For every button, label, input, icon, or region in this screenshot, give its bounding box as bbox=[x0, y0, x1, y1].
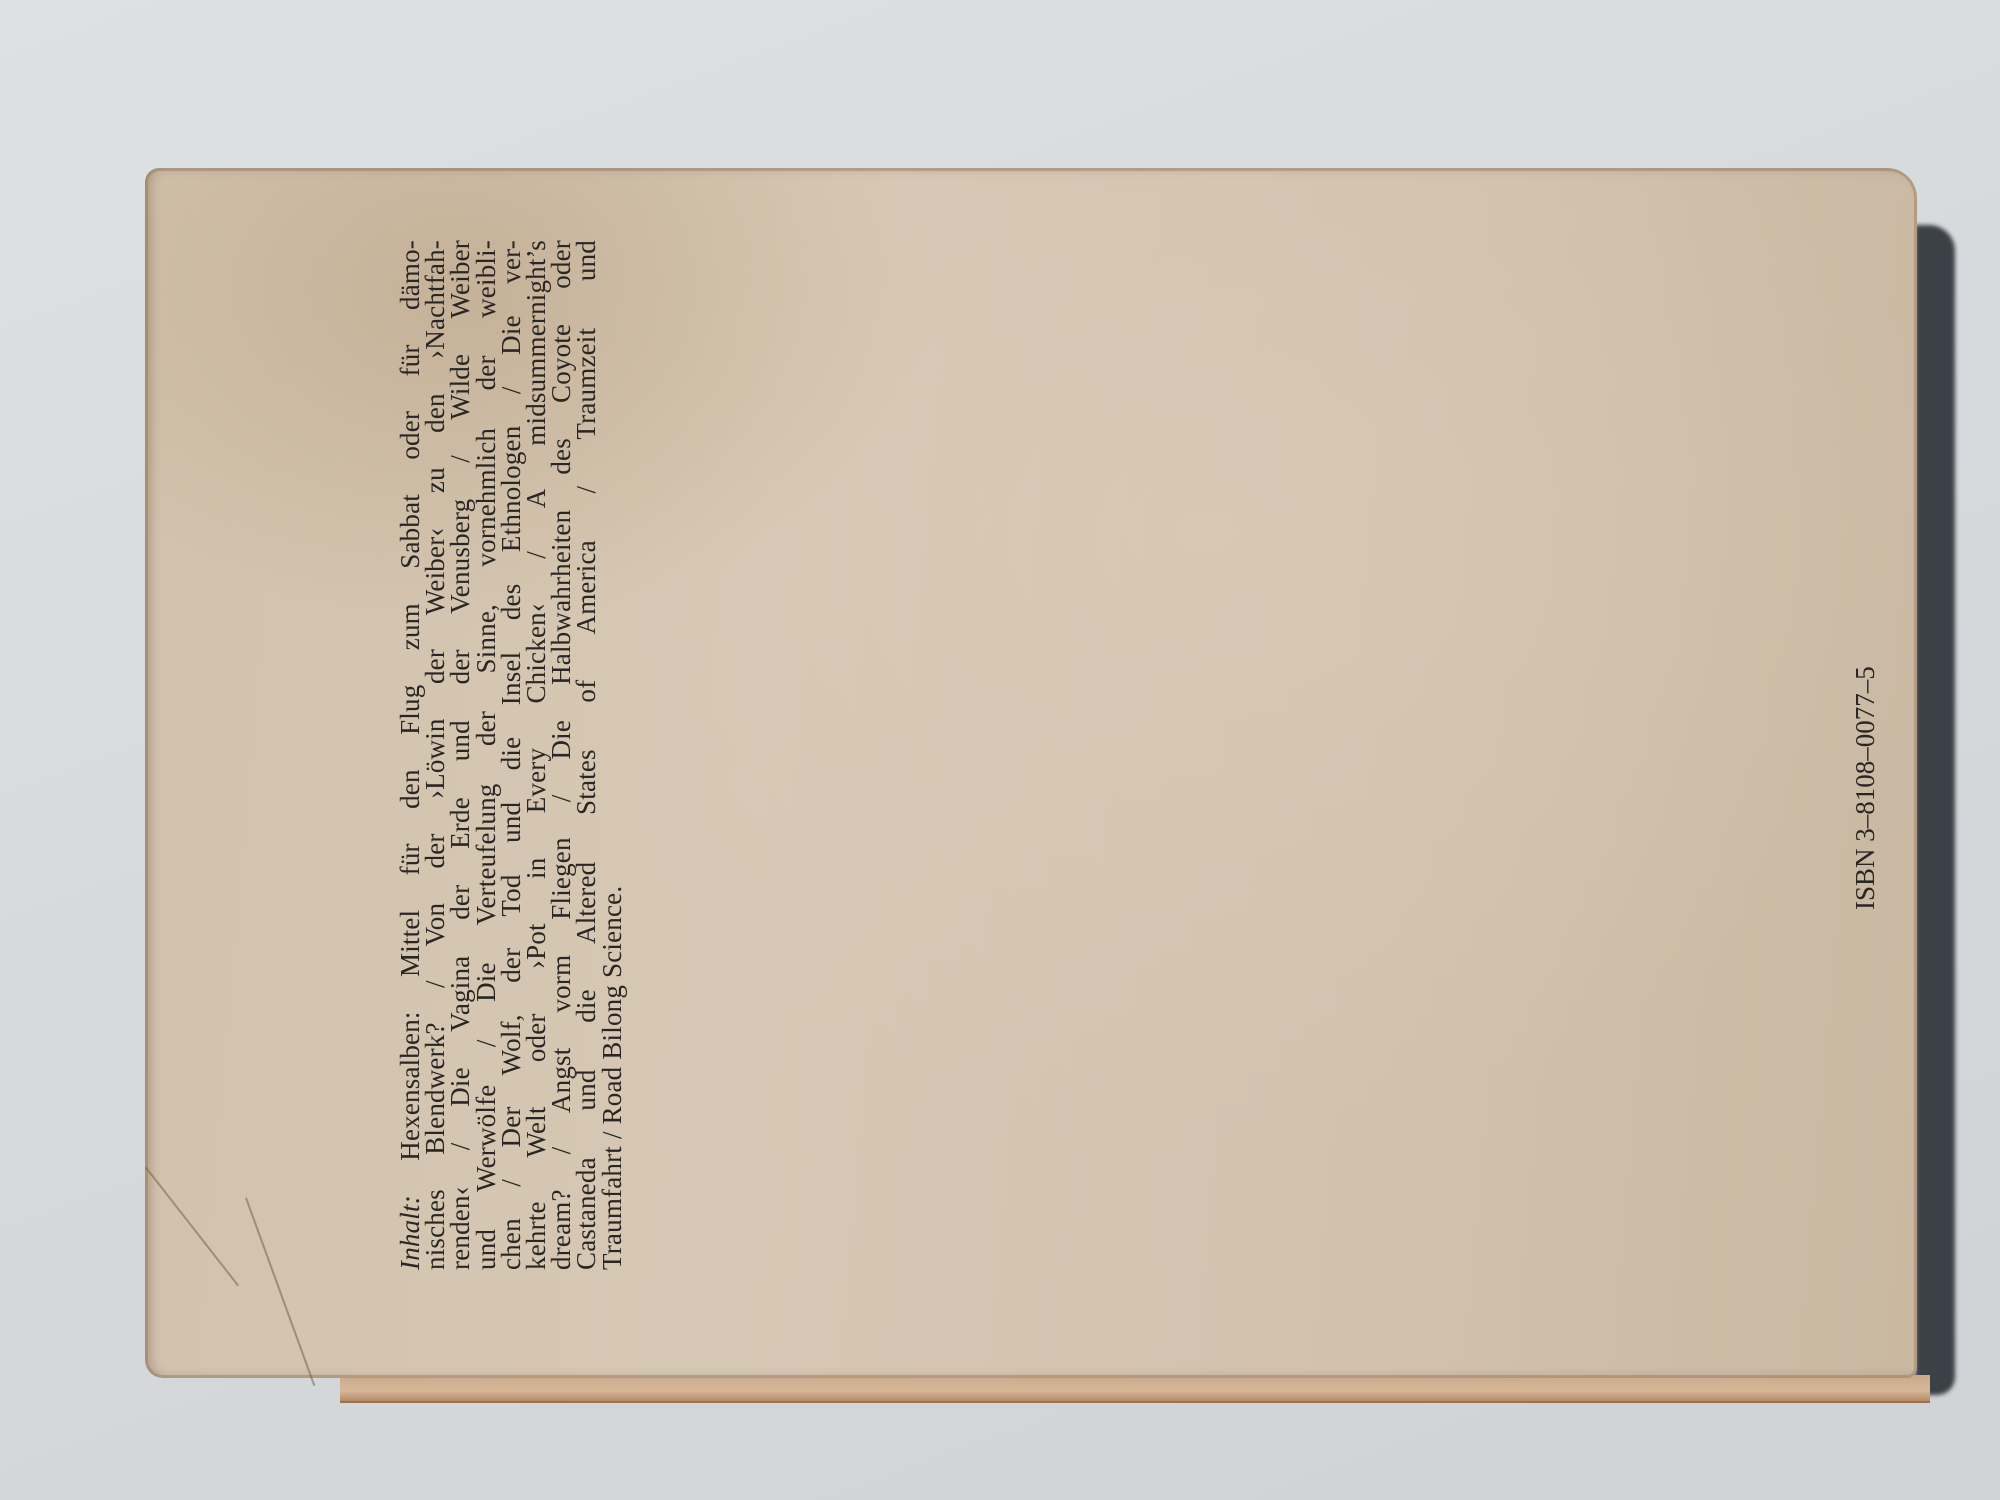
cover-crack bbox=[145, 1167, 239, 1286]
contents-line: Castaneda und die Altered States of Amer… bbox=[574, 240, 599, 1270]
contents-line: und Werwölfe / Die Verteufelung der Sinn… bbox=[474, 240, 499, 1270]
contents-text-block: Inhalt: Hexensalben: Mittel für den Flug… bbox=[398, 240, 625, 1270]
contents-line: Traumfahrt / Road Bilong Science. bbox=[600, 240, 625, 1270]
book-shadow bbox=[1915, 225, 1955, 1395]
contents-line: renden‹ / Die Vagina der Erde und der Ve… bbox=[448, 240, 473, 1270]
book-page-edge bbox=[340, 1375, 1930, 1403]
cover-crack bbox=[245, 1197, 315, 1386]
isbn-number: ISBN 3–8108–0077–5 bbox=[1850, 666, 1881, 910]
